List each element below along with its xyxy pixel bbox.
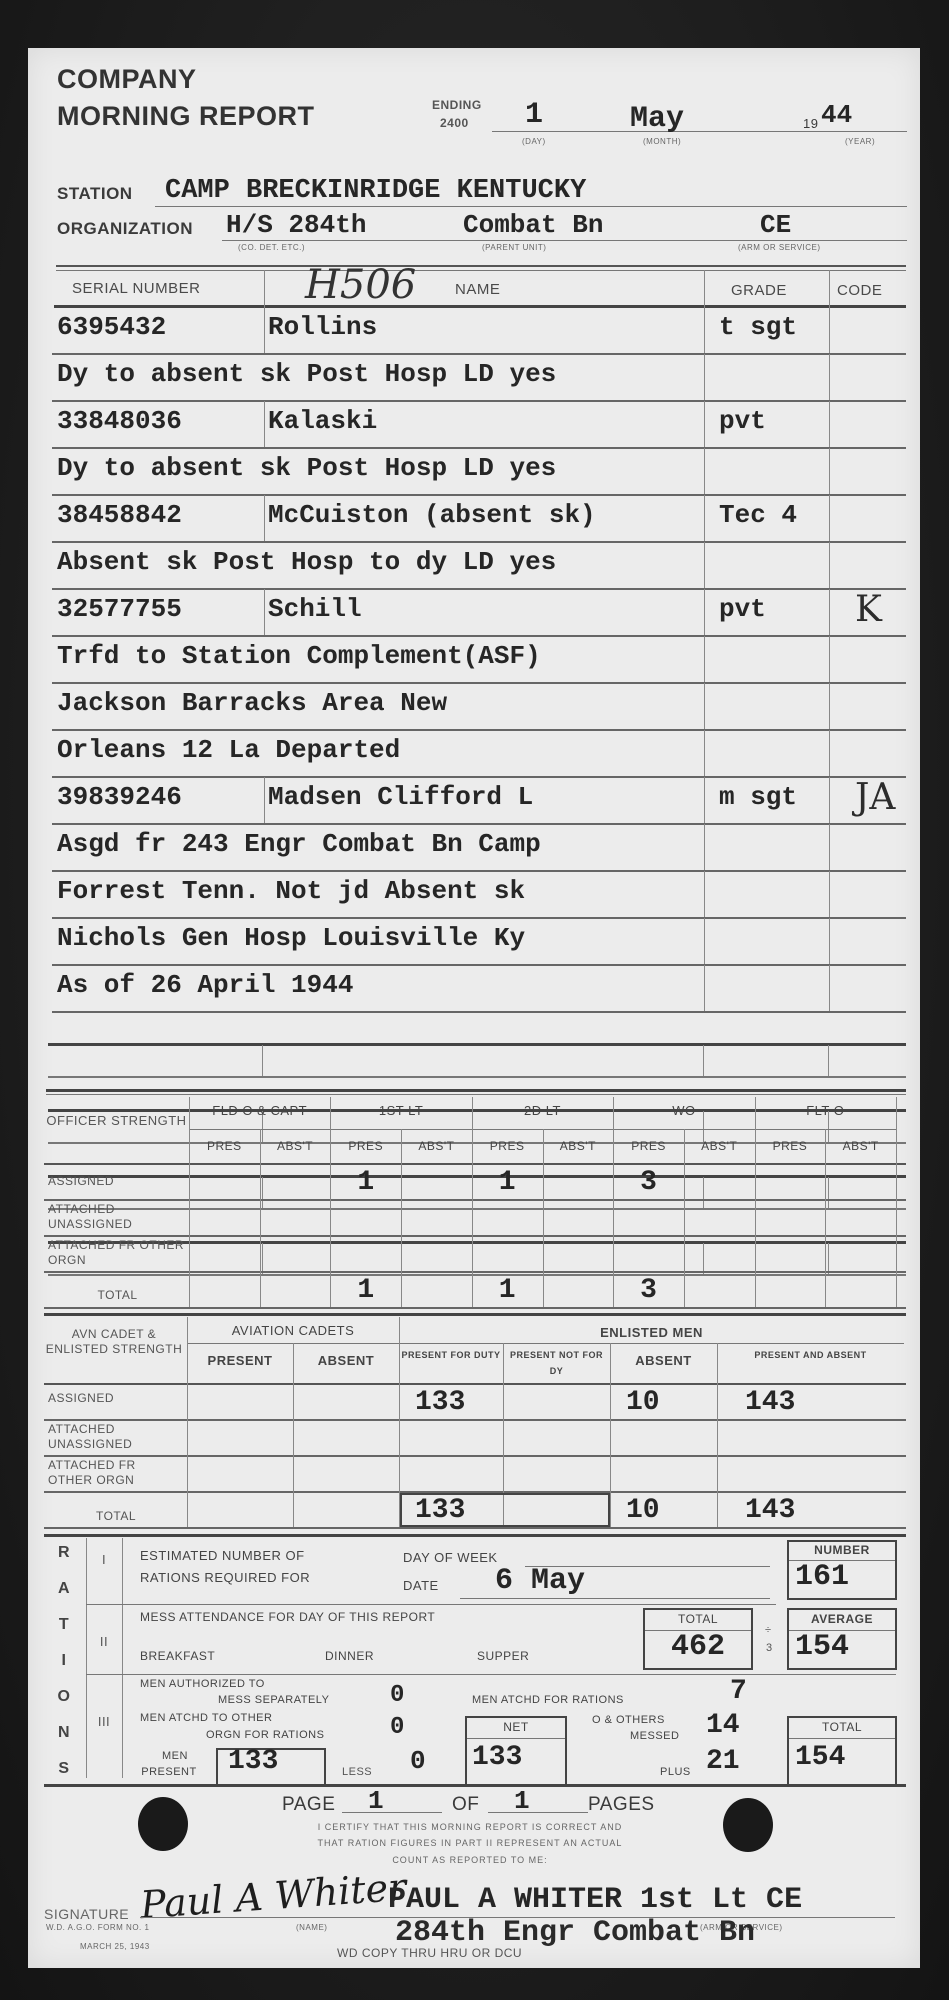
- officer-group-header: FLD O & CAPT: [189, 1103, 330, 1118]
- col-divider: [829, 683, 830, 730]
- rations-side-letter: O: [44, 1688, 84, 1706]
- col-code: CODE: [837, 282, 882, 299]
- soldier-name: Schill: [268, 594, 362, 624]
- col-divider: [704, 589, 705, 636]
- mess-separately-label-2: MESS SEPARATELY: [218, 1694, 329, 1706]
- rations-date: 6 May: [495, 1564, 585, 1598]
- roster-top-rule: [56, 265, 906, 267]
- enlisted-col-header: PRESENT: [189, 1353, 291, 1368]
- rations-side-letter: R: [44, 1544, 84, 1562]
- empty-roster-row: [0, 1045, 949, 1078]
- certification-line-1: I CERTIFY THAT THIS MORNING REPORT IS CO…: [250, 1822, 690, 1832]
- divisor: 3: [766, 1642, 773, 1654]
- serial-number: 33848036: [57, 406, 182, 436]
- enlisted-strength-title: AVN CADET & ENLISTED STRENGTH: [44, 1327, 184, 1357]
- officer-subcol-header: ABS'T: [260, 1139, 331, 1153]
- atchd-other-value: 0: [390, 1714, 404, 1741]
- serial-number: 39839246: [57, 782, 182, 812]
- remark-text: Trfd to Station Complement(ASF): [57, 641, 541, 671]
- remark-text: Absent sk Post Hosp to dy LD yes: [57, 547, 556, 577]
- col-divider: [262, 1045, 263, 1078]
- serial-number: 32577755: [57, 594, 182, 624]
- roster-remark-row: As of 26 April 1944: [0, 965, 949, 1012]
- station-underline: [155, 206, 907, 207]
- col-divider: [187, 1317, 188, 1527]
- serial-number: 6395432: [57, 312, 166, 342]
- soldier-grade: pvt: [719, 594, 766, 624]
- date-underline: [492, 131, 907, 132]
- soldier-grade: m sgt: [719, 782, 797, 812]
- officer-subcol-header: ABS'T: [401, 1139, 472, 1153]
- col-divider: [829, 354, 830, 401]
- officer-group-header: 2D LT: [472, 1103, 613, 1118]
- col-divider: [684, 1129, 685, 1307]
- soldier-name: Rollins: [268, 312, 377, 342]
- estimated-rations-label-1: ESTIMATED NUMBER OF: [140, 1548, 305, 1563]
- soldier-grade: t sgt: [719, 312, 797, 342]
- organization-unit: H/S 284th: [226, 210, 366, 240]
- enlisted-men-header: ENLISTED MEN: [399, 1325, 904, 1340]
- rule: [86, 1604, 776, 1605]
- col-divider: [264, 401, 265, 448]
- certification-line-2: THAT RATION FIGURES IN PART II REPRESENT…: [250, 1838, 690, 1848]
- enlisted-count-cell: 133: [415, 1387, 503, 1418]
- rule: [187, 1343, 904, 1344]
- year-caption: (YEAR): [845, 137, 875, 146]
- report-day: 1: [525, 98, 543, 132]
- col-divider: [829, 307, 830, 354]
- officer-count-cell: 1: [472, 1167, 543, 1198]
- col-divider: [896, 1097, 897, 1307]
- part-iii-numeral: III: [86, 1714, 122, 1729]
- ending-label: ENDING: [432, 98, 482, 112]
- rule: [44, 1784, 906, 1787]
- rule: [44, 1271, 906, 1273]
- roster-remark-row: Jackson Barracks Area New: [0, 683, 949, 730]
- total-box: [400, 1493, 610, 1527]
- remark-text: Dy to absent sk Post Hosp LD yes: [57, 359, 556, 389]
- col-divider: [704, 824, 705, 871]
- col-divider: [829, 542, 830, 589]
- col-divider: [264, 589, 265, 636]
- rations-side-letter: A: [44, 1580, 84, 1598]
- col-divider: [543, 1129, 544, 1307]
- pages-label: PAGES: [588, 1794, 655, 1816]
- roster-remark-row: Nichols Gen Hosp Louisville Ky: [0, 918, 949, 965]
- station-value: CAMP BRECKINRIDGE KENTUCKY: [165, 176, 586, 206]
- col-divider: [704, 495, 705, 542]
- punch-hole-left: [138, 1797, 188, 1851]
- col-divider: [86, 1538, 87, 1778]
- enlisted-col-header: ABSENT: [295, 1353, 397, 1368]
- officer-subcol-header: PRES: [189, 1139, 260, 1153]
- soldier-name: McCuiston (absent sk): [268, 500, 596, 530]
- parent-unit: Combat Bn: [463, 210, 603, 240]
- pages-underline: [488, 1812, 588, 1813]
- col-divider: [829, 636, 830, 683]
- col-divider: [829, 777, 830, 824]
- col-divider: [260, 1129, 261, 1307]
- number-label: NUMBER: [789, 1543, 895, 1557]
- signer-unit: 284th Engr Combat Bn: [395, 1916, 755, 1950]
- atchd-for-rations-label: MEN ATCHD FOR RATIONS: [472, 1694, 624, 1706]
- col-divider: [829, 589, 830, 636]
- mess-attendance-label: MESS ATTENDANCE FOR DAY OF THIS REPORT: [140, 1610, 435, 1624]
- col-divider: [610, 1343, 611, 1527]
- col-divider: [704, 354, 705, 401]
- rule: [44, 1527, 906, 1529]
- page-number: 1: [368, 1786, 384, 1816]
- mess-total: 462: [645, 1630, 751, 1664]
- col-divider: [704, 448, 705, 495]
- officers-messed-label-1: O & OTHERS: [592, 1714, 665, 1726]
- report-month: May: [630, 102, 684, 136]
- punch-hole-right: [723, 1798, 773, 1852]
- date-field: [460, 1598, 770, 1599]
- rations-total-label: TOTAL: [789, 1720, 895, 1734]
- enlisted-row-label: TOTAL: [48, 1509, 184, 1524]
- roster-entry-row: 32577755SchillpvtK: [0, 589, 949, 636]
- roster-remark-row: Trfd to Station Complement(ASF): [0, 636, 949, 683]
- officer-row-label: ATTACHED FR OTHER ORGN: [48, 1238, 187, 1268]
- col-divider: [704, 307, 705, 354]
- officer-count-cell: 1: [472, 1275, 543, 1306]
- officer-count-cell: 1: [330, 1275, 401, 1306]
- rule: [467, 1738, 565, 1739]
- col-divider: [189, 1097, 190, 1307]
- soldier-name: Kalaski: [268, 406, 377, 436]
- rations-side-letter: I: [44, 1652, 84, 1670]
- enlisted-count-cell: 10: [626, 1495, 717, 1526]
- enlisted-col-header: PRESENT FOR DUTY: [401, 1347, 501, 1363]
- organization-label: ORGANIZATION: [57, 219, 193, 239]
- day-caption: (DAY): [522, 137, 546, 146]
- rations-total-value: 154: [795, 1742, 845, 1773]
- day-of-week-label: DAY OF WEEK: [403, 1550, 498, 1565]
- col-divider: [704, 777, 705, 824]
- col-divider: [704, 683, 705, 730]
- organization-underline: [222, 240, 907, 241]
- col-divider: [704, 270, 705, 307]
- enlisted-col-header: PRESENT AND ABSENT: [719, 1347, 902, 1363]
- col-serial-number: SERIAL NUMBER: [72, 280, 200, 297]
- average-value: 154: [795, 1630, 849, 1664]
- officer-row-label: ATTACHED UNASSIGNED: [48, 1202, 187, 1232]
- rule: [789, 1738, 895, 1739]
- remark-text: Forrest Tenn. Not jd Absent sk: [57, 876, 525, 906]
- col-divider: [829, 401, 830, 448]
- col-divider: [122, 1538, 123, 1778]
- col-divider: [401, 1129, 402, 1307]
- col-divider: [264, 270, 265, 307]
- rule: [44, 1455, 906, 1457]
- roster-remark-row: Forrest Tenn. Not jd Absent sk: [0, 871, 949, 918]
- month-caption: (MONTH): [643, 137, 681, 146]
- roster-entry-row: 38458842McCuiston (absent sk)Tec 4: [0, 495, 949, 542]
- year-prefix: 19: [803, 116, 818, 131]
- divide-symbol: ÷: [765, 1624, 772, 1636]
- col-divider: [825, 1129, 826, 1307]
- net-label: NET: [467, 1720, 565, 1734]
- officer-group-header: WO: [613, 1103, 754, 1118]
- rations-side-letter: N: [44, 1724, 84, 1742]
- officer-group-header: 1ST LT: [330, 1103, 471, 1118]
- atchd-for-rations-value: 7: [730, 1676, 747, 1707]
- soldier-name: Madsen Clifford L: [268, 782, 533, 812]
- ending-time: 2400: [440, 116, 469, 130]
- soldier-grade: Tec 4: [719, 500, 797, 530]
- enlisted-row-label: ASSIGNED: [48, 1391, 184, 1406]
- certification-line-3: COUNT AS REPORTED TO ME:: [250, 1855, 690, 1865]
- col-divider: [704, 871, 705, 918]
- aviation-cadets-header: AVIATION CADETS: [187, 1323, 399, 1338]
- officer-count-cell: 3: [613, 1167, 684, 1198]
- atchd-other-label-1: MEN ATCHD TO OTHER: [140, 1712, 272, 1724]
- supper-label: SUPPER: [477, 1649, 529, 1663]
- col-divider: [704, 965, 705, 1012]
- col-divider: [829, 730, 830, 777]
- soldier-code: JA: [855, 777, 895, 818]
- enlisted-row-label: ATTACHED FR OTHER ORGN: [48, 1458, 184, 1488]
- total-pages: 1: [514, 1786, 530, 1816]
- col-divider: [330, 1097, 331, 1307]
- remark-text: Asgd fr 243 Engr Combat Bn Camp: [57, 829, 541, 859]
- col-divider: [829, 448, 830, 495]
- soldier-code: K: [855, 589, 882, 630]
- col-divider: [264, 307, 265, 354]
- remark-text: Orleans 12 La Departed: [57, 735, 400, 765]
- form-title-morning-report: MORNING REPORT: [57, 101, 315, 132]
- roster-remark-row: Dy to absent sk Post Hosp LD yes: [0, 354, 949, 401]
- col-divider: [703, 1045, 704, 1078]
- officer-row-label: ASSIGNED: [48, 1174, 187, 1189]
- rule: [44, 1307, 906, 1309]
- remark-text: Nichols Gen Hosp Louisville Ky: [57, 923, 525, 953]
- mess-separately-label-1: MEN AUTHORIZED TO: [140, 1678, 265, 1690]
- officer-subcol-header: ABS'T: [543, 1139, 614, 1153]
- col-divider: [704, 542, 705, 589]
- roster-entry-row: 33848036Kalaskipvt: [0, 401, 949, 448]
- arm-or-service: CE: [760, 210, 791, 240]
- form-number: W.D. A.G.O. FORM NO. 1: [46, 1923, 149, 1932]
- men-present-value: 133: [228, 1746, 278, 1777]
- of-label: OF: [452, 1794, 479, 1816]
- col-divider: [829, 918, 830, 965]
- officer-top-rule-2: [46, 1094, 906, 1095]
- signature-label: SIGNATURE: [44, 1906, 129, 1922]
- average-label: AVERAGE: [789, 1612, 895, 1626]
- roster-entry-row: 6395432Rollinst sgt: [0, 307, 949, 354]
- estimated-rations-label-2: RATIONS REQUIRED FOR: [140, 1570, 310, 1585]
- remark-text: Jackson Barracks Area New: [57, 688, 447, 718]
- col-divider: [828, 1045, 829, 1078]
- col-divider: [829, 871, 830, 918]
- men-present-label-2: PRESENT: [128, 1766, 210, 1778]
- rule: [44, 1383, 906, 1385]
- mess-total-label: TOTAL: [645, 1612, 751, 1626]
- copy-routing-note: WD COPY THRU HRU OR DCU: [337, 1946, 522, 1960]
- officers-messed-value: 14: [706, 1710, 740, 1741]
- officer-subcol-header: PRES: [330, 1139, 401, 1153]
- col-name: NAME: [455, 281, 500, 298]
- rule: [44, 1534, 906, 1537]
- roster-remark-row: Dy to absent sk Post Hosp LD yes: [0, 448, 949, 495]
- officers-messed-label-2: MESSED: [630, 1730, 679, 1742]
- dinner-label: DINNER: [325, 1649, 374, 1663]
- station-label: STATION: [57, 184, 133, 204]
- parent-caption: (PARENT UNIT): [482, 243, 546, 252]
- signer-name-grade: PAUL A WHITER 1st Lt CE: [388, 1883, 802, 1917]
- col-divider: [293, 1343, 294, 1527]
- officer-subcol-header: PRES: [755, 1139, 826, 1153]
- rule: [44, 1419, 906, 1421]
- arm-caption: (ARM OR SERVICE): [738, 243, 821, 252]
- rule: [86, 1674, 896, 1675]
- roster-remark-row: Absent sk Post Hosp to dy LD yes: [0, 542, 949, 589]
- col-divider: [704, 401, 705, 448]
- enlisted-count-cell: 143: [745, 1495, 916, 1526]
- officer-row-label: TOTAL: [48, 1288, 187, 1303]
- handwritten-code: H506: [305, 262, 416, 308]
- less-value: 0: [410, 1746, 426, 1776]
- enlisted-col-header: PRESENT NOT FOR DY: [505, 1347, 608, 1379]
- name-caption: (NAME): [296, 1923, 327, 1932]
- col-divider: [717, 1343, 718, 1527]
- col-divider: [829, 495, 830, 542]
- col-divider: [829, 824, 830, 871]
- report-year: 44: [821, 100, 852, 130]
- officer-strength-title: OFFICER STRENGTH: [44, 1113, 189, 1128]
- col-divider: [829, 270, 830, 307]
- col-divider: [264, 777, 265, 824]
- breakfast-label: BREAKFAST: [140, 1649, 215, 1663]
- rule: [44, 1199, 906, 1201]
- net-value: 133: [472, 1742, 522, 1773]
- rations-side-letter: S: [44, 1760, 84, 1778]
- form-date: MARCH 25, 1943: [80, 1942, 150, 1951]
- remark-text: As of 26 April 1944: [57, 970, 353, 1000]
- rations-side-letter: T: [44, 1616, 84, 1634]
- officer-subcol-header: ABS'T: [825, 1139, 896, 1153]
- date-label: DATE: [403, 1578, 439, 1593]
- roster-top-rule-2: [56, 270, 906, 271]
- col-divider: [829, 965, 830, 1012]
- roster-remark-row: Asgd fr 243 Engr Combat Bn Camp: [0, 824, 949, 871]
- col-grade: GRADE: [731, 282, 787, 299]
- enlisted-count-cell: 10: [626, 1387, 717, 1418]
- col-divider: [264, 495, 265, 542]
- enlisted-col-header: ABSENT: [612, 1353, 715, 1368]
- col-divider: [755, 1097, 756, 1307]
- men-present-label-1: MEN: [140, 1750, 210, 1762]
- mess-separately-value: 0: [390, 1682, 404, 1709]
- rule: [44, 1235, 906, 1237]
- atchd-other-label-2: ORGN FOR RATIONS: [206, 1729, 324, 1741]
- officer-subcol-header: PRES: [472, 1139, 543, 1153]
- col-divider: [613, 1097, 614, 1307]
- col-divider: [704, 918, 705, 965]
- rule: [44, 1313, 906, 1316]
- unit-caption: (CO. DET. ETC.): [238, 243, 305, 252]
- page-label: PAGE: [282, 1794, 335, 1816]
- part-i-numeral: I: [86, 1552, 122, 1567]
- officer-count-cell: 3: [613, 1275, 684, 1306]
- plus-value: 21: [706, 1746, 740, 1777]
- rule: [44, 1163, 906, 1165]
- col-divider: [828, 1177, 829, 1210]
- empty-roster-row: [0, 1012, 949, 1045]
- plus-label: PLUS: [660, 1766, 691, 1778]
- serial-number: 38458842: [57, 500, 182, 530]
- officer-count-cell: 1: [330, 1167, 401, 1198]
- soldier-grade: pvt: [719, 406, 766, 436]
- ration-number: 161: [795, 1560, 849, 1594]
- enlisted-row-label: ATTACHED UNASSIGNED: [48, 1422, 184, 1452]
- officer-subcol-header: ABS'T: [684, 1139, 755, 1153]
- form-title-company: COMPANY: [57, 64, 197, 95]
- remark-text: Dy to absent sk Post Hosp LD yes: [57, 453, 556, 483]
- roster-entry-row: 39839246Madsen Clifford Lm sgtJA: [0, 777, 949, 824]
- col-divider: [262, 1177, 263, 1210]
- part-ii-numeral: II: [86, 1634, 122, 1649]
- officer-top-rule: [46, 1089, 906, 1092]
- enlisted-count-cell: 143: [745, 1387, 916, 1418]
- page-underline: [342, 1812, 442, 1813]
- roster-remark-row: Orleans 12 La Departed: [0, 730, 949, 777]
- col-divider: [472, 1097, 473, 1307]
- col-divider: [704, 636, 705, 683]
- col-divider: [703, 1177, 704, 1210]
- officer-group-header: FLT O: [755, 1103, 896, 1118]
- col-divider: [704, 730, 705, 777]
- officer-subcol-header: PRES: [613, 1139, 684, 1153]
- less-label: LESS: [342, 1766, 372, 1778]
